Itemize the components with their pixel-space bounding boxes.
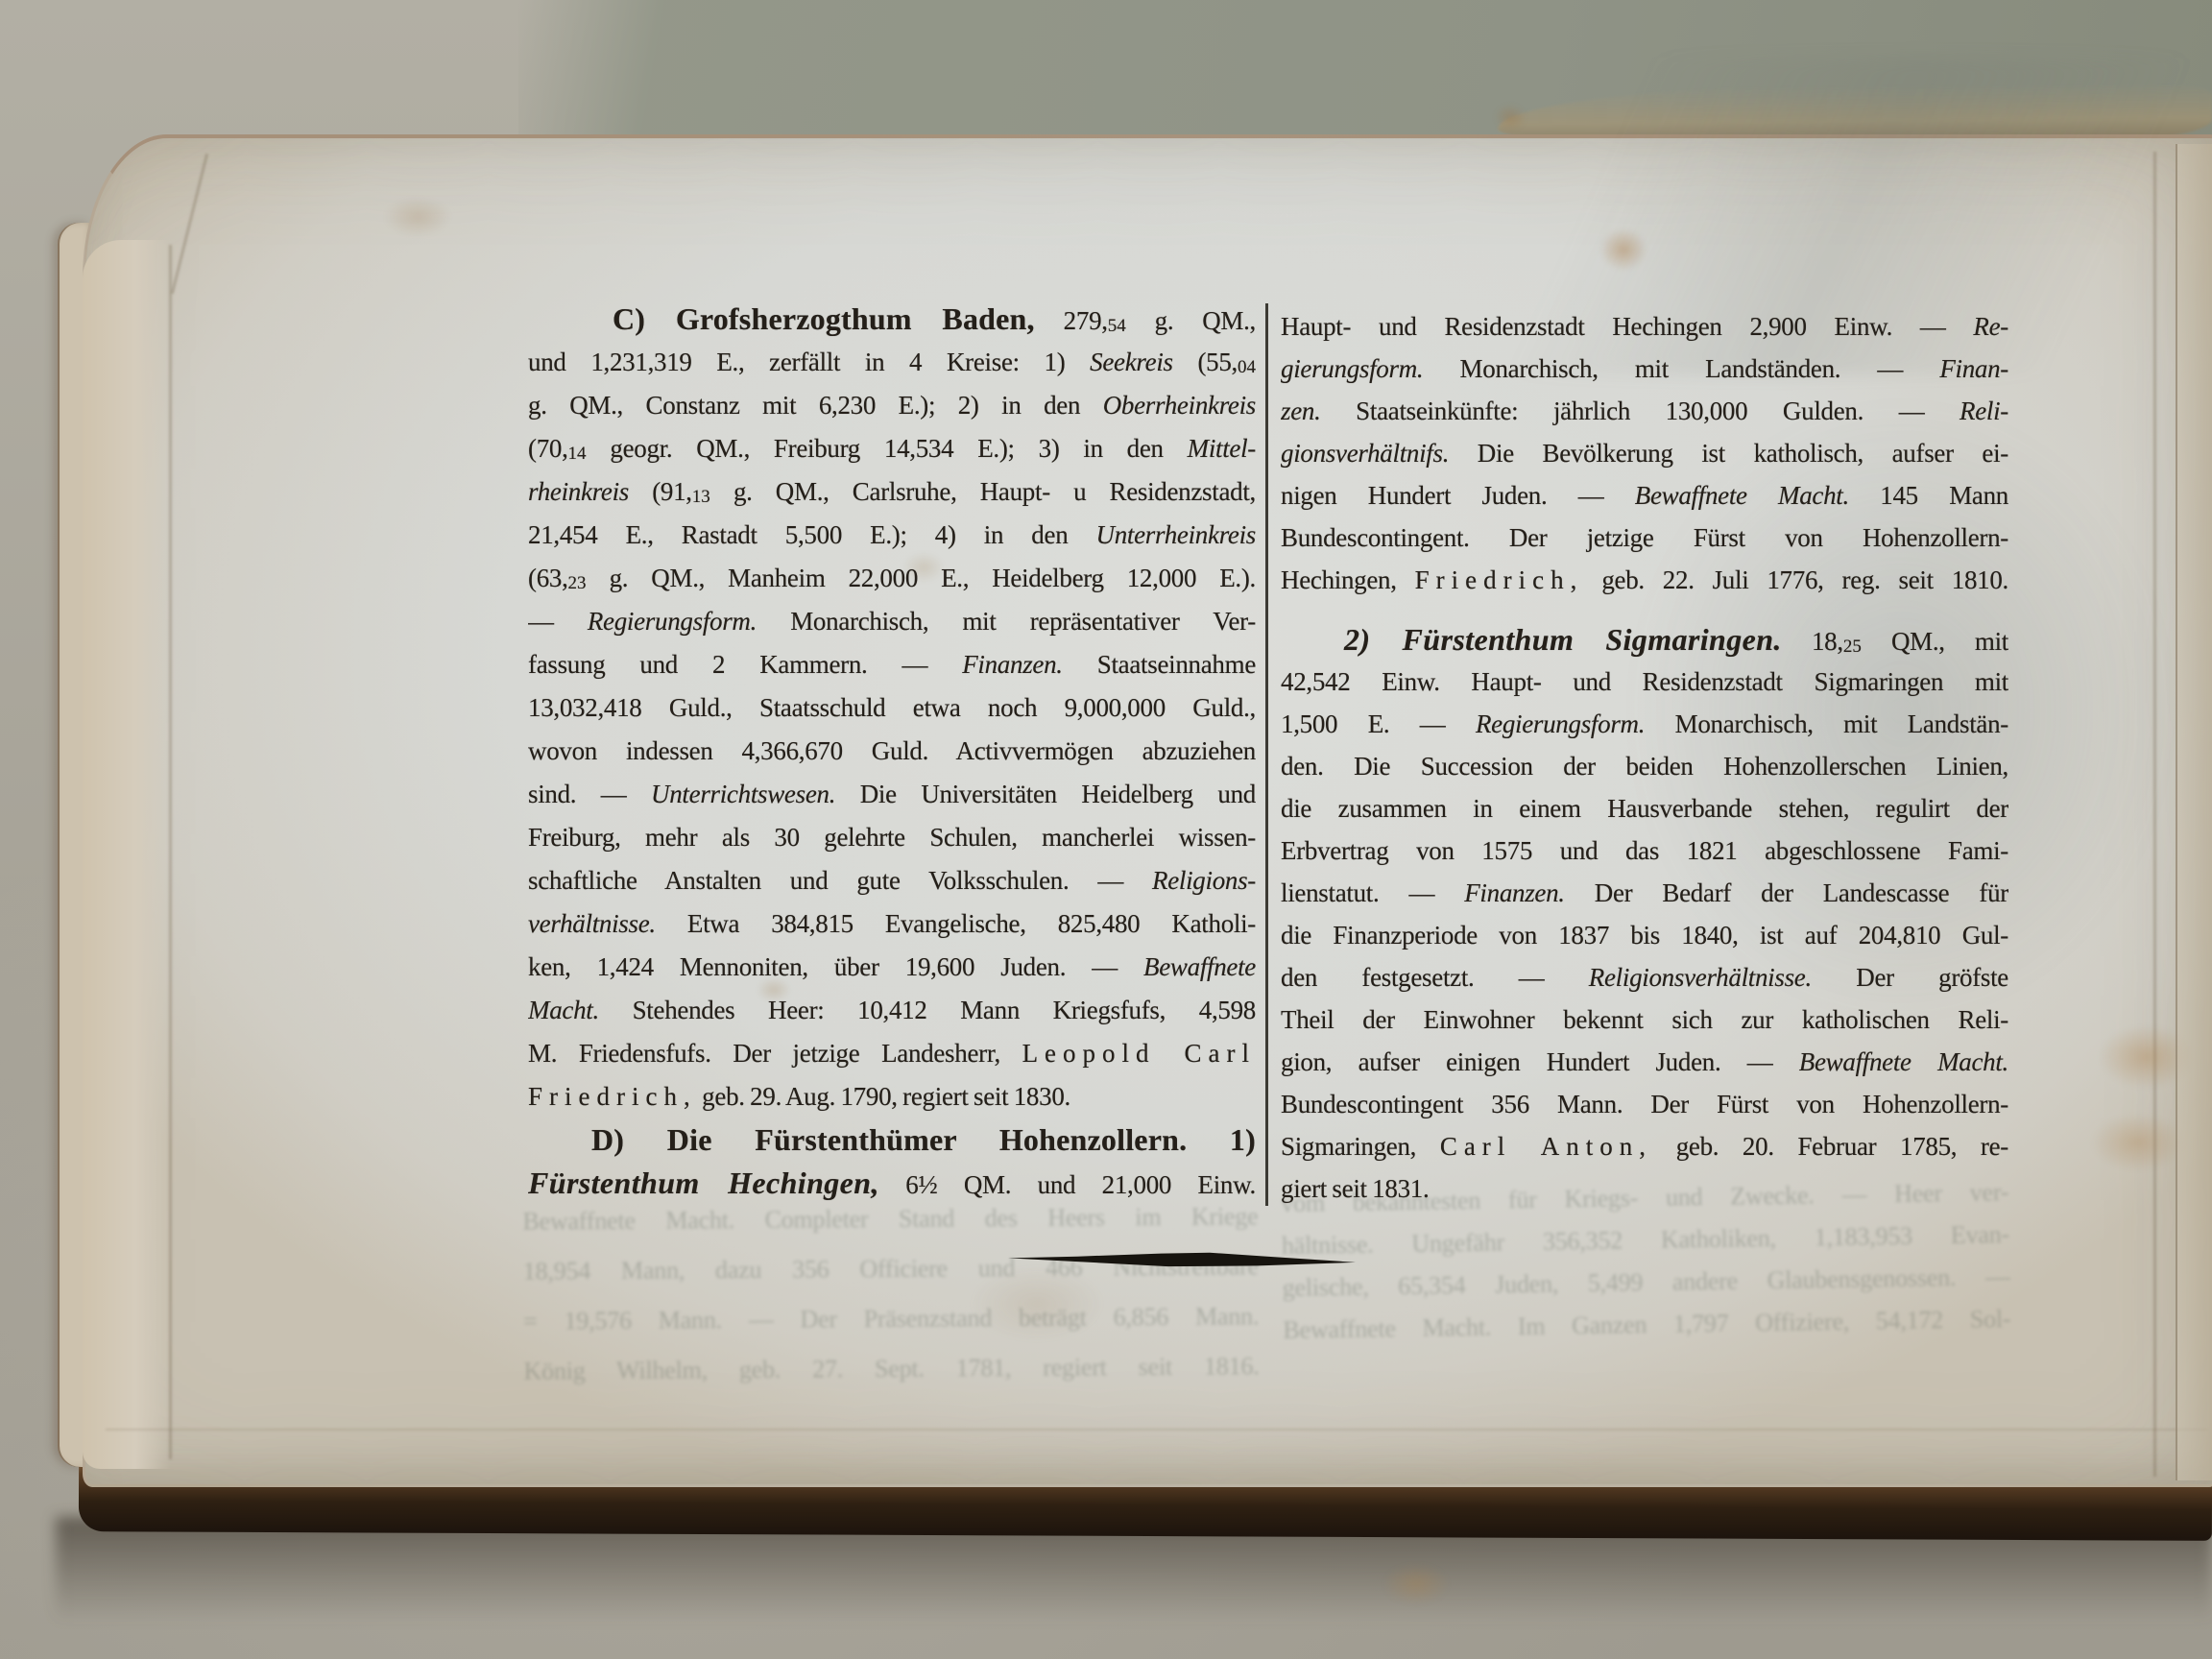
page-crease-bottom (106, 1429, 2208, 1431)
text-line: gion, aufser einigen Hundert Juden. — Be… (1281, 1041, 2008, 1083)
text-segment: Der Bedarf der Landescasse für (1565, 878, 2008, 907)
text-line: Sigmaringen, Carl Anton, geb. 20. Februa… (1281, 1125, 2008, 1167)
text-segment: Finanzen. (1464, 878, 1565, 907)
text-segment: Mittel- (1188, 434, 1256, 463)
text-line: 42,542 Einw. Haupt- und Residenzstadt Si… (1281, 661, 2008, 703)
text-line: fassung und 2 Kammern. — Finanzen. Staat… (528, 643, 1256, 686)
text-line: verhältnisse. Etwa 384,815 Evangelische,… (528, 902, 1256, 946)
text-segment: 54 (1108, 316, 1126, 336)
text-segment: Monarchisch, mit repräsentativer Ver- (757, 607, 1256, 636)
text-line: — Regierungsform. Monarchisch, mit reprä… (528, 600, 1256, 643)
text-segment: Die Bevölkerung ist katholisch, aufser e… (1449, 439, 2008, 468)
text-line: C) Grofsherzogthum Baden, 279,54 g. QM., (528, 298, 1256, 341)
text-segment: 14 (568, 444, 587, 464)
text-line: den. Die Succession der beiden Hohenzoll… (1281, 745, 2008, 787)
text-segment: ken, 1,424 Mennoniten, über 19,600 Juden… (528, 952, 1143, 981)
text-segment: 1,500 E. — (1281, 709, 1476, 738)
text-segment: fassung und 2 Kammern. — (528, 650, 962, 679)
text-segment: 18, (1782, 627, 1843, 656)
text-line: schaftliche Anstalten und gute Volksschu… (528, 859, 1256, 902)
text-segment: und 1,231,319 E., zerfällt in 4 Kreise: … (528, 348, 1090, 376)
text-segment: QM., mit (1862, 627, 2008, 656)
text-line: Hechingen, Friedrich, geb. 22. Juli 1776… (1281, 559, 2008, 601)
text-segment: Freiburg, mehr als 30 gelehrte Schulen, … (528, 823, 1256, 852)
text-segment: (63, (528, 564, 568, 592)
text-segment: geb. 22. Juli 1776, reg. seit 1810. (1583, 565, 2008, 594)
text-segment: 25 (1843, 637, 1862, 657)
text-line: Macht. Stehendes Heer: 10,412 Mann Krieg… (528, 989, 1256, 1032)
text-line: 13,032,418 Guld., Staatsschuld etwa noch… (528, 686, 1256, 730)
text-segment: 2) Fürstenthum Sigmaringen. (1344, 622, 1782, 657)
text-line: Bundescontingent. Der jetzige Fürst von … (1281, 517, 2008, 559)
text-segment: Bundescontingent 356 Mann. Der Fürst von… (1281, 1090, 2008, 1118)
text-segment: M. Friedensfufs. Der jetzige Landesherr, (528, 1039, 1022, 1068)
text-segment: 279, (1035, 306, 1108, 335)
text-line: Bundescontingent 356 Mann. Der Fürst von… (1281, 1083, 2008, 1125)
text-segment: gierungsform. (1281, 354, 1423, 383)
text-segment: wovon indessen 4,366,670 Guld. Activverm… (528, 736, 1256, 765)
text-segment: die Finanzperiode von 1837 bis 1840, ist… (1281, 921, 2008, 950)
text-segment: Monarchisch, mit Landständen. — (1423, 354, 1939, 383)
text-segment: g. QM., Constanz mit 6,230 E.); 2) in de… (528, 391, 1103, 420)
text-segment: Bewaffnete (1143, 952, 1256, 981)
foxing-stain (1382, 1563, 1450, 1605)
text-segment: Finanzen. (962, 650, 1063, 679)
text-segment: D) Die Fürstenthümer Hohenzollern. 1) (591, 1122, 1256, 1157)
text-segment: Macht. (528, 996, 599, 1024)
text-line: 2) Fürstenthum Sigmaringen. 18,25 QM., m… (1281, 618, 2008, 661)
text-segment: Stehendes Heer: 10,412 Mann Kriegsfufs, … (599, 996, 1256, 1024)
text-segment: Etwa 384,815 Evangelische, 825,480 Katho… (656, 909, 1256, 938)
foxing-stain (1599, 228, 1647, 271)
text-segment: Carl Anton, (1440, 1132, 1652, 1161)
text-segment: Religionsverhältnisse. (1589, 963, 1812, 992)
text-segment: verhältnisse. (528, 909, 656, 938)
bleedthrough-line: König Wilhelm, geb. 27. Sept. 1781, regi… (523, 1341, 1259, 1396)
text-line: Erbvertrag von 1575 und das 1821 abgesch… (1281, 829, 2008, 872)
text-line: ken, 1,424 Mennoniten, über 19,600 Juden… (528, 946, 1256, 989)
text-segment: Unterrheinkreis (1096, 520, 1256, 549)
text-segment: Theil der Einwohner bekennt sich zur kat… (1281, 1005, 2008, 1034)
text-segment: geogr. QM., Freiburg 14,534 E.); 3) in d… (587, 434, 1188, 463)
text-segment: Sigmaringen, (1281, 1132, 1440, 1161)
text-line: die zusammen in einem Hausverbande stehe… (1281, 787, 2008, 829)
text-segment: Fürstenthum Hechingen, (528, 1166, 879, 1200)
text-segment: zen. (1281, 397, 1321, 425)
text-segment: Oberrheinkreis (1103, 391, 1256, 420)
foxing-stain (1494, 104, 1527, 131)
text-segment: 21,454 E., Rastadt 5,500 E.); 4) in den (528, 520, 1096, 549)
text-segment: (55, (1173, 348, 1238, 376)
text-segment: — (528, 607, 588, 636)
text-segment: 42,542 Einw. Haupt- und Residenzstadt Si… (1281, 667, 2008, 696)
text-segment: Regierungsform. (1476, 709, 1645, 738)
text-line: 21,454 E., Rastadt 5,500 E.); 4) in den … (528, 514, 1256, 557)
text-segment: Seekreis (1090, 348, 1173, 376)
bleedthrough-line: = 19,576 Mann. — Der Präsenzstand beträg… (523, 1291, 1259, 1346)
text-segment: geb. 29. Aug. 1790, regiert seit 1830. (697, 1082, 1070, 1111)
column-divider-rule (1265, 303, 1268, 1206)
text-segment: Friedrich, (1415, 565, 1584, 594)
text-segment: g. QM., (1126, 306, 1256, 335)
text-segment: (70, (528, 434, 568, 463)
text-line: Friedrich, geb. 29. Aug. 1790, regiert s… (528, 1075, 1256, 1118)
text-segment: Staatseinnahme (1063, 650, 1256, 679)
text-segment: gionsverhältnifs. (1281, 439, 1449, 468)
text-segment: sind. — (528, 780, 651, 808)
text-segment: lienstatut. — (1281, 878, 1464, 907)
text-segment: Monarchisch, mit Landstän- (1645, 709, 2008, 738)
bleedthrough-text-left: Bewaffnete Macht. Completer Stand des He… (522, 1191, 1259, 1396)
text-line: (70,14 geogr. QM., Freiburg 14,534 E.); … (528, 427, 1256, 470)
text-segment: g. QM., Manheim 22,000 E., Heidelberg 12… (587, 564, 1256, 592)
text-line: den festgesetzt. — Religionsverhältnisse… (1281, 956, 2008, 998)
text-line: 1,500 E. — Regierungsform. Monarchisch, … (1281, 703, 2008, 745)
text-segment: Unterrichtswesen. (651, 780, 835, 808)
text-segment: die zusammen in einem Hausverbande stehe… (1281, 794, 2008, 823)
text-line: sind. — Unterrichtswesen. Die Universitä… (528, 773, 1256, 816)
text-segment: nigen Hundert Juden. — (1281, 481, 1635, 510)
photo-of-book-page: { "page": { "description_label": "printe… (0, 0, 2212, 1659)
left-leaf-tint (83, 240, 171, 1469)
text-line: (63,23 g. QM., Manheim 22,000 E., Heidel… (528, 557, 1256, 600)
text-segment: Bundescontingent. Der jetzige Fürst von … (1281, 523, 2008, 552)
text-segment: Die Universitäten Heidelberg und (835, 780, 1256, 808)
text-line: g. QM., Constanz mit 6,230 E.); 2) in de… (528, 384, 1256, 427)
text-line: gionsverhältnifs. Die Bevölkerung ist ka… (1281, 432, 2008, 474)
text-segment: Staatseinkünfte: jährlich 130,000 Gulden… (1321, 397, 1960, 425)
text-line: die Finanzperiode von 1837 bis 1840, ist… (1281, 914, 2008, 956)
text-segment: Der gröfste (1812, 963, 2008, 992)
text-line: Freiburg, mehr als 30 gelehrte Schulen, … (528, 816, 1256, 859)
foxing-stain (384, 197, 451, 237)
text-segment: rheinkreis (528, 477, 629, 506)
text-line: rheinkreis (91,13 g. QM., Carlsruhe, Hau… (528, 470, 1256, 514)
text-segment: Bewaffnete Macht. (1799, 1047, 2008, 1076)
text-segment: Bewaffnete Macht. (1635, 481, 1849, 510)
text-line: nigen Hundert Juden. — Bewaffnete Macht.… (1281, 474, 2008, 517)
page-crease-left (169, 245, 172, 1459)
text-segment: 04 (1238, 357, 1256, 377)
text-segment: giert seit 1831. (1281, 1174, 1429, 1203)
text-segment: (91, (629, 477, 692, 506)
text-line: gierungsform. Monarchisch, mit Landständ… (1281, 348, 2008, 390)
text-segment: Re- (1973, 312, 2008, 341)
text-segment: schaftliche Anstalten und gute Volksschu… (528, 866, 1152, 895)
text-column-right: Haupt- und Residenzstadt Hechingen 2,900… (1281, 305, 2008, 1210)
text-line: Theil der Einwohner bekennt sich zur kat… (1281, 998, 2008, 1041)
text-column-left: C) Grofsherzogthum Baden, 279,54 g. QM.,… (528, 298, 1256, 1205)
text-segment: 13 (692, 487, 710, 507)
text-line: wovon indessen 4,366,670 Guld. Activverm… (528, 730, 1256, 773)
text-segment: Religions- (1152, 866, 1256, 895)
foxing-stain (2091, 1114, 2185, 1171)
text-line: Haupt- und Residenzstadt Hechingen 2,900… (1281, 305, 2008, 348)
text-segment: den festgesetzt. — (1281, 963, 1589, 992)
text-line: lienstatut. — Finanzen. Der Bedarf der L… (1281, 872, 2008, 914)
text-segment: Leopold Carl (1022, 1039, 1256, 1068)
text-line: D) Die Fürstenthümer Hohenzollern. 1) (528, 1118, 1256, 1162)
text-segment: Regierungsform. (588, 607, 757, 636)
text-segment: den. Die Succession der beiden Hohenzoll… (1281, 752, 2008, 781)
text-line: Fürstenthum Hechingen, 6½ QM. und 21,000… (528, 1162, 1256, 1205)
text-line: giert seit 1831. (1281, 1167, 2008, 1210)
text-segment: 6½ QM. und 21,000 Einw. (879, 1170, 1256, 1199)
text-segment: C) Grofsherzogthum Baden, (613, 301, 1035, 336)
text-line: und 1,231,319 E., zerfällt in 4 Kreise: … (528, 341, 1256, 384)
text-segment: 145 Mann (1849, 481, 2008, 510)
text-line: M. Friedensfufs. Der jetzige Landesherr,… (528, 1032, 1256, 1075)
text-segment: 23 (568, 573, 587, 593)
text-segment: Hechingen, (1281, 565, 1415, 594)
text-segment: 13,032,418 Guld., Staatsschuld etwa noch… (528, 693, 1256, 722)
text-segment: Reli- (1960, 397, 2008, 425)
text-segment: g. QM., Carlsruhe, Haupt- u Residenzstad… (710, 477, 1256, 506)
bleedthrough-line: 18,954 Mann, dazu 356 Officiere und 466 … (523, 1241, 1259, 1296)
text-segment: Friedrich, (528, 1082, 697, 1111)
text-segment: Erbvertrag von 1575 und das 1821 abgesch… (1281, 836, 2008, 865)
text-segment: gion, aufser einigen Hundert Juden. — (1281, 1047, 1799, 1076)
page-crease-right (2153, 152, 2156, 1477)
text-segment: Finan- (1939, 354, 2008, 383)
text-line: zen. Staatseinkünfte: jährlich 130,000 G… (1281, 390, 2008, 432)
text-segment: geb. 20. Februar 1785, re- (1652, 1132, 2008, 1161)
fore-edge-leaf-strip (2176, 144, 2212, 1480)
text-segment: Haupt- und Residenzstadt Hechingen 2,900… (1281, 312, 1973, 341)
